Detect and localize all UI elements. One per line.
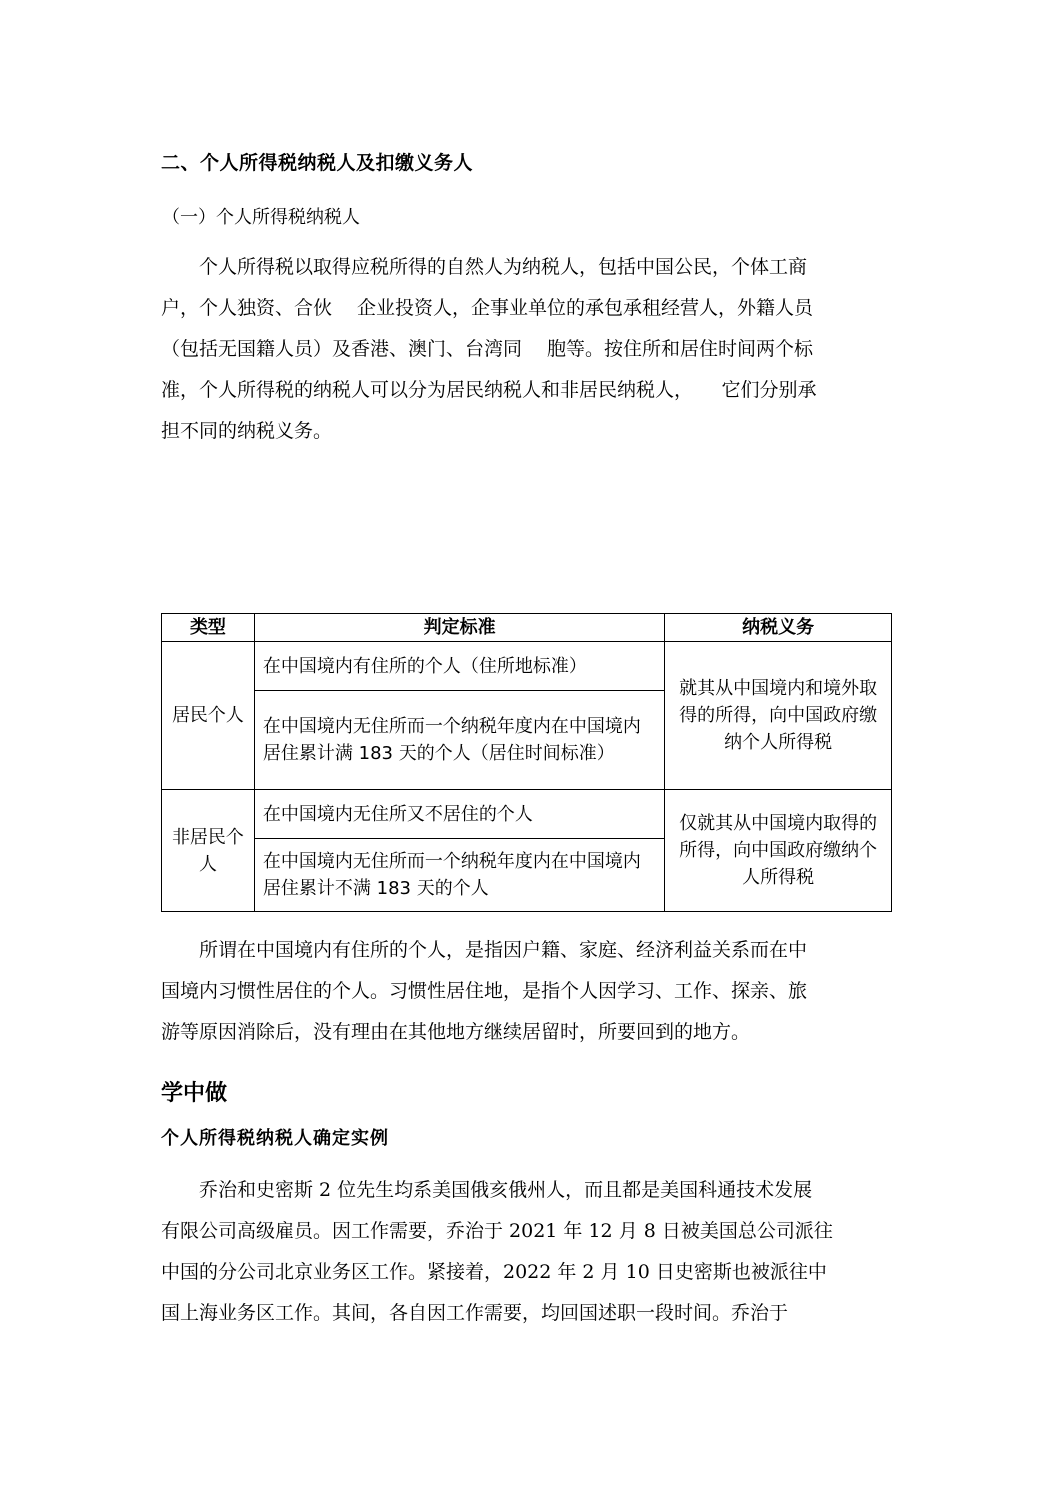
duty-resident: 就其从中国境内和境外取得的所得，向中国政府缴纳个人所得税 (665, 642, 892, 790)
criteria-cell: 在中国境内无住所而一个纳税年度内在中国境内居住累计不满 183 天的个人 (254, 839, 664, 912)
type-resident: 居民个人 (162, 642, 255, 790)
learn-by-doing-heading: 学中做 (161, 1076, 227, 1107)
duty-nonresident: 仅就其从中国境内取得的所得，向中国政府缴纳个人所得税 (665, 790, 892, 912)
intro-paragraph: 个人所得税以取得应税所得的自然人为纳税人，包括中国公民，个体工商 户，个人独资、… (161, 247, 891, 452)
example-title: 个人所得税纳税人确定实例 (161, 1124, 389, 1150)
paragraph-line: 有限公司高级雇员。因工作需要，乔治于 2021 年 12 月 8 日被美国总公司… (161, 1211, 891, 1252)
subsection-title: （一）个人所得税纳税人 (162, 203, 360, 229)
paragraph-line: 游等原因消除后，没有理由在其他地方继续居留时，所要回到的地方。 (161, 1012, 891, 1053)
header-criteria: 判定标准 (254, 614, 664, 642)
paragraph-line: 国上海业务区工作。其间，各自因工作需要，均回国述职一段时间。乔治于 (161, 1293, 891, 1334)
header-duty: 纳税义务 (665, 614, 892, 642)
paragraph-line: 准，个人所得税的纳税人可以分为居民纳税人和非居民纳税人， 它们分别承 (161, 370, 891, 411)
paragraph-line: 担不同的纳税义务。 (161, 411, 891, 452)
type-nonresident: 非居民个人 (162, 790, 255, 912)
example-paragraph: 乔治和史密斯 2 位先生均系美国俄亥俄州人，而且都是美国科通技术发展 有限公司高… (161, 1170, 891, 1334)
criteria-cell: 在中国境内无住所又不居住的个人 (254, 790, 664, 839)
residence-paragraph: 所谓在中国境内有住所的个人，是指因户籍、家庭、经济利益关系而在中 国境内习惯性居… (161, 930, 891, 1053)
paragraph-line: （包括无国籍人员）及香港、澳门、台湾同 胞等。按住所和居住时间两个标 (161, 329, 891, 370)
taxpayer-classification-table: 类型 判定标准 纳税义务 居民个人 在中国境内有住所的个人（住所地标准） 就其从… (161, 613, 892, 912)
table-row: 非居民个人 在中国境内无住所又不居住的个人 仅就其从中国境内取得的所得，向中国政… (162, 790, 892, 839)
paragraph-line: 乔治和史密斯 2 位先生均系美国俄亥俄州人，而且都是美国科通技术发展 (161, 1170, 891, 1211)
paragraph-line: 个人所得税以取得应税所得的自然人为纳税人，包括中国公民，个体工商 (161, 247, 891, 288)
section-title: 二、个人所得税纳税人及扣缴义务人 (161, 148, 473, 175)
paragraph-line: 国境内习惯性居住的个人。习惯性居住地，是指个人因学习、工作、探亲、旅 (161, 971, 891, 1012)
header-type: 类型 (162, 614, 255, 642)
criteria-cell: 在中国境内无住所而一个纳税年度内在中国境内居住累计满 183 天的个人（居住时间… (254, 691, 664, 790)
criteria-cell: 在中国境内有住所的个人（住所地标准） (254, 642, 664, 691)
table-row: 居民个人 在中国境内有住所的个人（住所地标准） 就其从中国境内和境外取得的所得，… (162, 642, 892, 691)
paragraph-line: 所谓在中国境内有住所的个人，是指因户籍、家庭、经济利益关系而在中 (161, 930, 891, 971)
table-header-row: 类型 判定标准 纳税义务 (162, 614, 892, 642)
paragraph-line: 户，个人独资、合伙 企业投资人，企事业单位的承包承租经营人，外籍人员 (161, 288, 891, 329)
paragraph-line: 中国的分公司北京业务区工作。紧接着，2022 年 2 月 10 日史密斯也被派往… (161, 1252, 891, 1293)
